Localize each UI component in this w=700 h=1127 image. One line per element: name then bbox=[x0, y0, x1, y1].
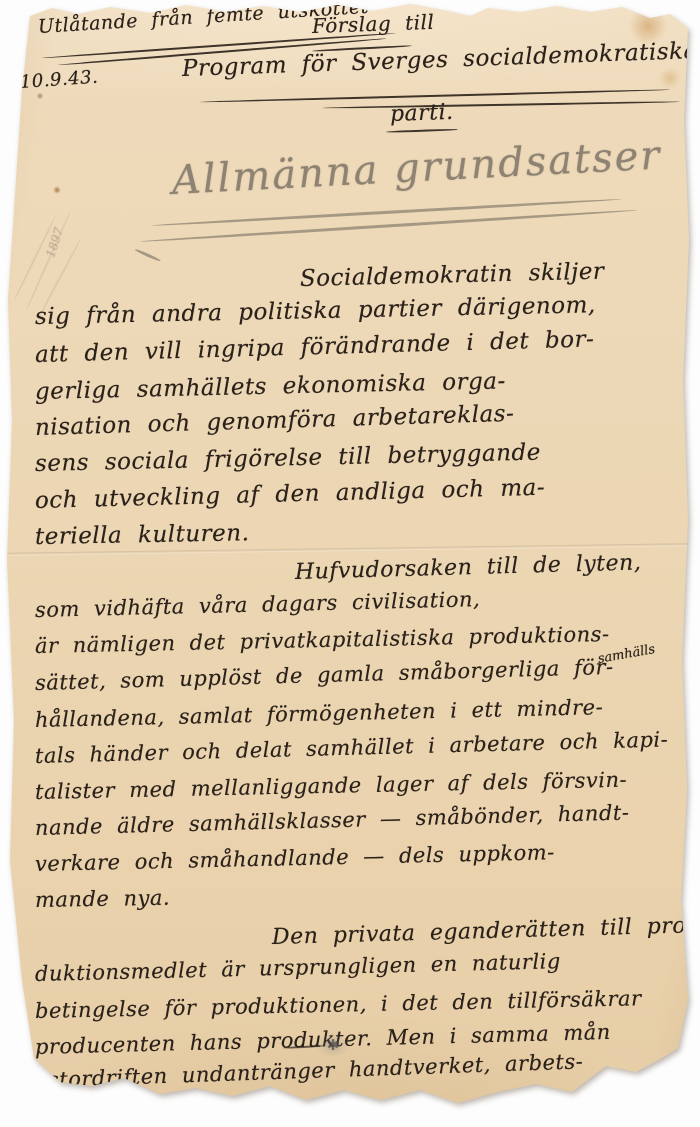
header-proposal-note: Förslag till bbox=[312, 10, 435, 38]
manuscript-line: gerliga samhällets ekonomiska orga- bbox=[35, 368, 506, 405]
manuscript-line: teriella kulturen. bbox=[35, 520, 250, 550]
manuscript-line: som vidhäfta våra dagars civilisation, bbox=[35, 587, 481, 622]
underline-stroke bbox=[386, 128, 458, 133]
manuscript-line: nisation och genomföra arbetareklas- bbox=[35, 401, 515, 441]
manuscript-line: duktionsmedlet är ursprungligen en natur… bbox=[35, 949, 561, 986]
paper-shadow: Utlåtande från femte utskottet Förslag t… bbox=[0, 0, 700, 1127]
pencil-underline-hook bbox=[134, 248, 161, 262]
underline-stroke bbox=[322, 101, 680, 110]
manuscript-line: och utveckling af den andliga och ma- bbox=[35, 475, 546, 514]
document-title-line1: Program för Sverges socialdemokratiska bbox=[182, 38, 699, 82]
document-title-line2: parti. bbox=[390, 100, 454, 127]
pencil-underline-stroke bbox=[152, 198, 621, 227]
manuscript-page: Utlåtande från femte utskottet Förslag t… bbox=[0, 0, 700, 1127]
manuscript-line: sig från andra politiska partier därigen… bbox=[35, 292, 596, 330]
manuscript-line: att den vill ingripa förändrande i det b… bbox=[35, 326, 595, 368]
manuscript-line: nande äldre samhällsklasser — småbönder,… bbox=[35, 800, 630, 840]
manuscript-line: verkare och småhandlande — dels uppkom- bbox=[35, 840, 555, 876]
manuscript-line: sättet, som upplöst de gamla småborgerli… bbox=[35, 655, 614, 695]
manuscript-line: hållandena, samlat förmögenheten i ett m… bbox=[35, 695, 604, 732]
header-date-note: 10.9.43. bbox=[19, 67, 99, 93]
manuscript-line: Den privata eganderätten till pro- bbox=[272, 913, 695, 950]
manuscript-line: mande nya. bbox=[35, 886, 170, 912]
smudge-star-glyph: ✱ bbox=[327, 1036, 340, 1054]
manuscript-line: betingelse för produktionen, i det den t… bbox=[35, 986, 642, 1023]
pencil-underline-stroke bbox=[140, 209, 637, 243]
manuscript-line: tals händer och delat samhället i arbeta… bbox=[35, 727, 669, 768]
manuscript-line: är nämligen det privatkapitalistiska pro… bbox=[35, 622, 610, 658]
manuscript-line: talister med mellanliggande lager af del… bbox=[35, 768, 628, 804]
manuscript-line: Hufvudorsaken till de lyten, bbox=[295, 550, 642, 585]
pencil-smudge-mark: ✱ bbox=[316, 1032, 350, 1058]
scan-background: Utlåtande från femte utskottet Förslag t… bbox=[0, 0, 700, 1127]
manuscript-line: sens sociala frigörelse till betryggande bbox=[35, 440, 541, 477]
section-heading: Allmänna grundsatser bbox=[171, 132, 663, 204]
manuscript-line: Socialdemokratin skiljer bbox=[300, 259, 605, 292]
